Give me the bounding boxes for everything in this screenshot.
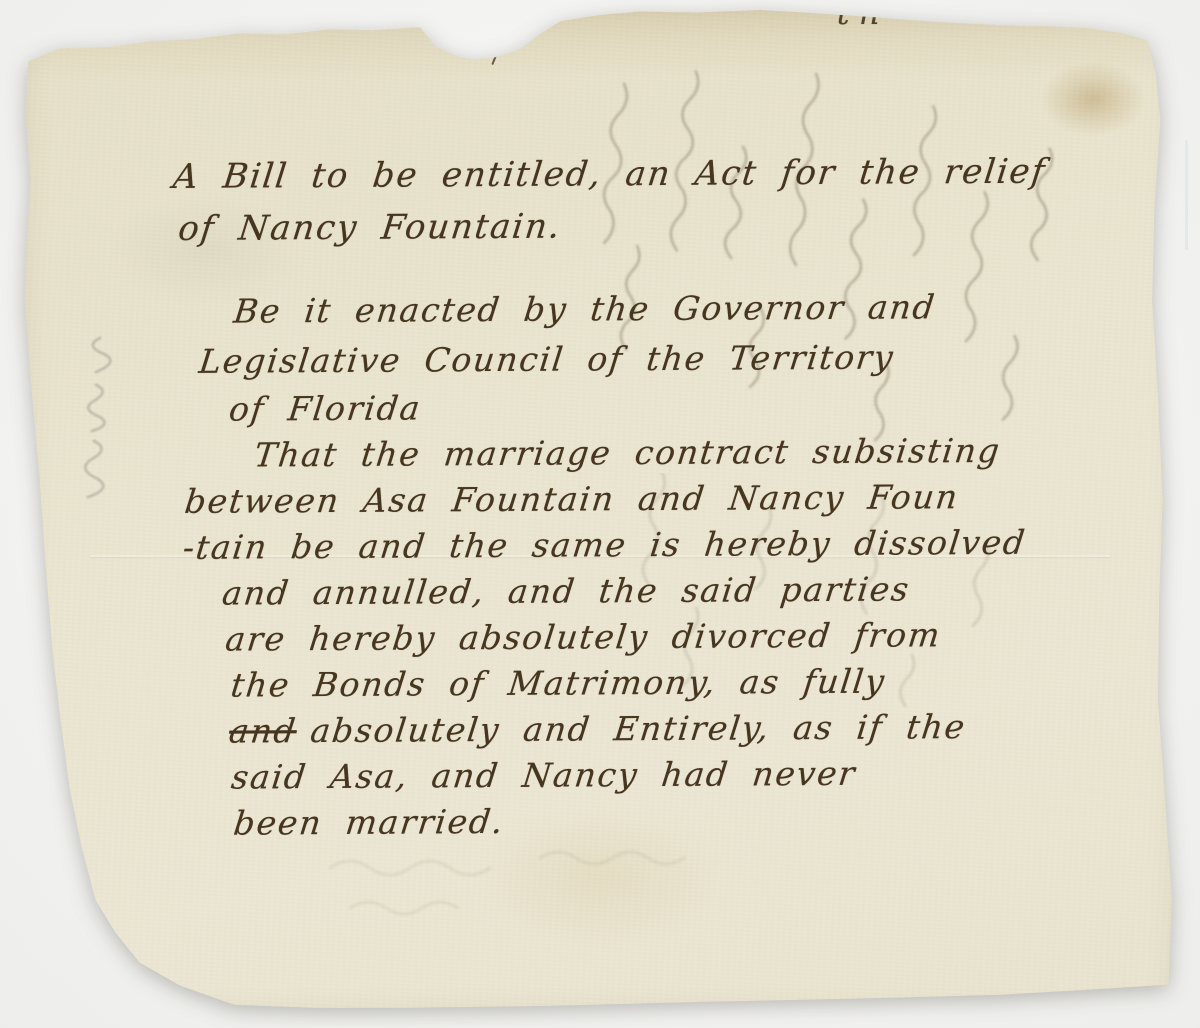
manuscript-line: been married. <box>174 795 1154 847</box>
manuscript-line: of Nancy Fountain. <box>171 197 1152 255</box>
manuscript-line: A Bill to be entitled, an Act for the re… <box>170 145 1151 203</box>
manuscript-line: Legislative Council of the Territory <box>171 331 1152 387</box>
margin-pencil-mark <box>62 323 132 523</box>
manuscript-lines: A Bill to be entitled, an Act for the re… <box>170 145 1149 847</box>
manuscript-line: andabsolutely and Entirely, as if the <box>174 703 1154 755</box>
manuscript-line: of Florida <box>172 381 1152 433</box>
manuscript-line: said Asa, and Nancy had never <box>174 749 1154 801</box>
manuscript-line: the Bonds of Matrimony, as fully <box>173 657 1153 709</box>
manuscript-line: between Asa Fountain and Nancy Foun <box>172 473 1152 525</box>
manuscript-line: are hereby absolutely divorced from <box>173 611 1153 663</box>
scan-edge-artifact <box>1185 140 1188 250</box>
manuscript-line: That the marriage contract subsisting <box>172 427 1152 479</box>
ink-slash-mark <box>491 31 506 65</box>
manuscript-line: Be it enacted by the Governor and <box>171 281 1152 337</box>
manuscript-page-wrap: eo th A Bill to be entitled, an Act for … <box>20 8 1180 1018</box>
manuscript-line: -tain be and the same is hereby dissolve… <box>172 519 1152 571</box>
struck-out-word: and <box>227 711 299 750</box>
manuscript-line: and annulled, and the said parties <box>173 565 1153 617</box>
manuscript-page: eo th A Bill to be entitled, an Act for … <box>20 8 1180 1018</box>
